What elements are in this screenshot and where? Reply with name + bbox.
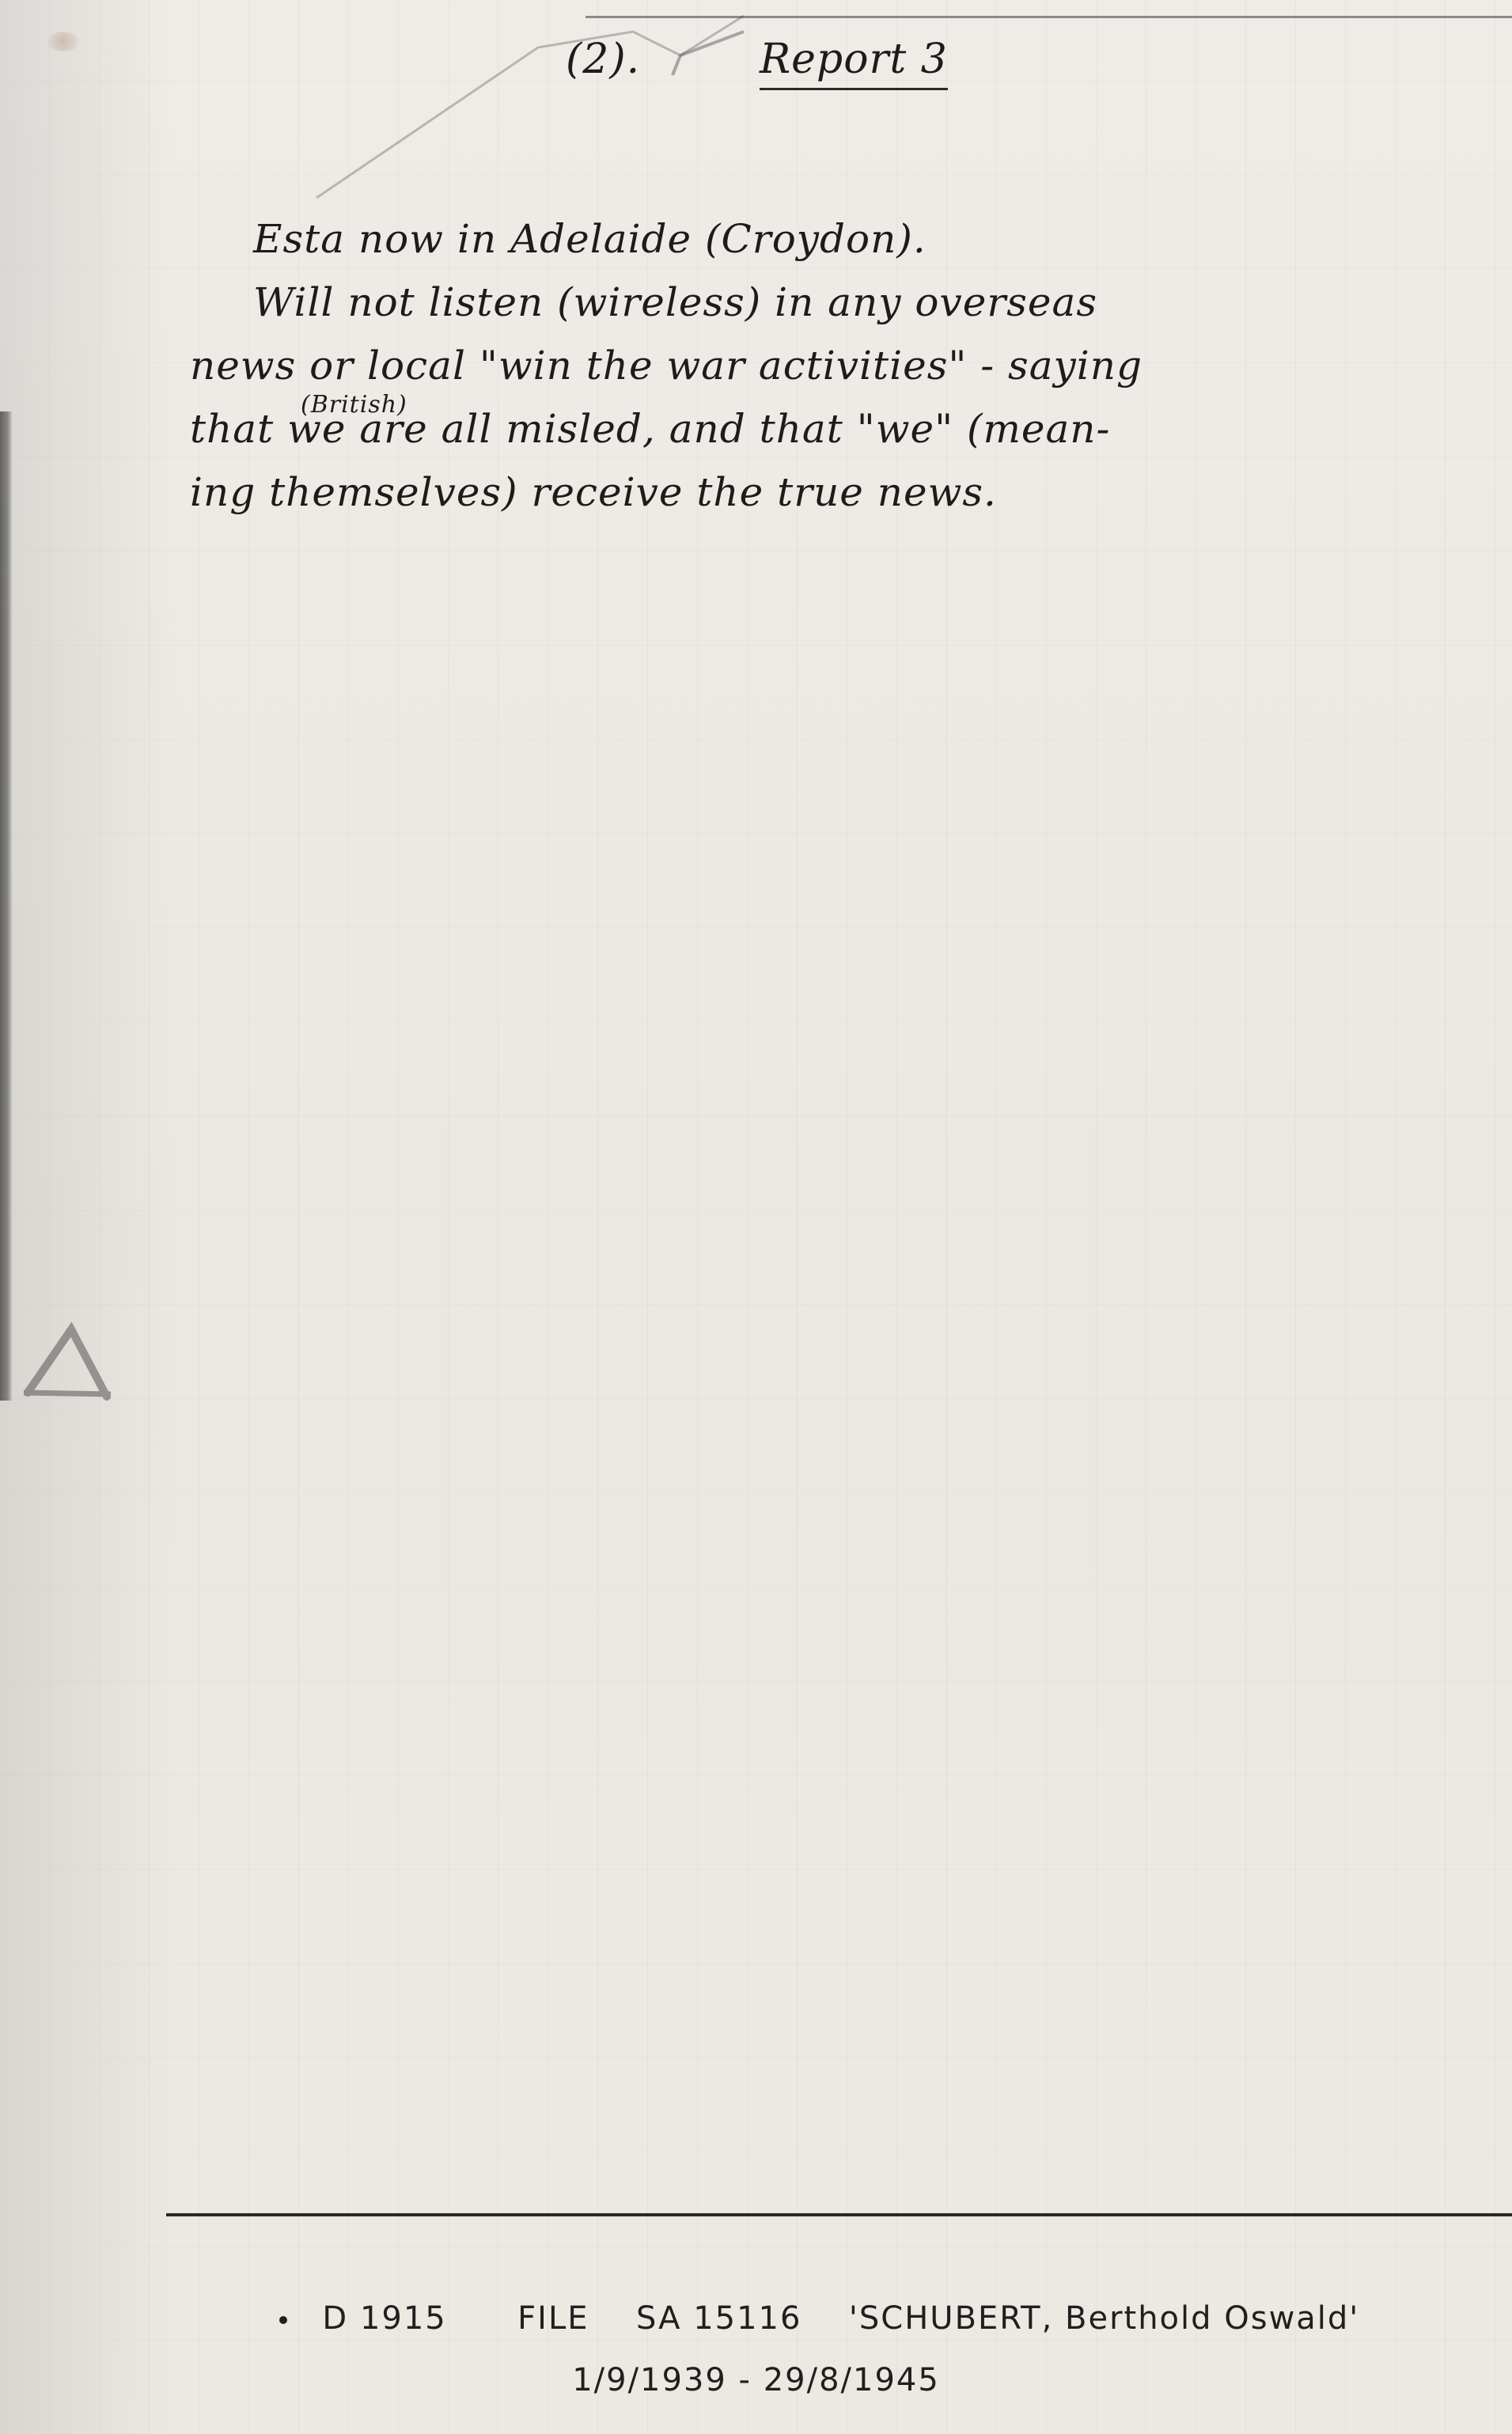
body-line-4-wrapper: (British) that we are all misled, and th… (190, 397, 1487, 461)
report-title: Report 3 (760, 36, 948, 90)
body-line-1: Esta now in Adelaide (Croydon). (190, 207, 1487, 271)
paper-stain (47, 32, 79, 51)
bullet-icon (279, 2316, 287, 2324)
file-ref: SA 15116 (636, 2300, 801, 2337)
page-left-shadow (0, 0, 174, 2434)
inserted-annotation: (British) (301, 373, 407, 437)
footer-reference-line: D 1915 FILE SA 15116 'SCHUBERT, Berthold… (63, 2295, 1512, 2342)
document-page: (2). Report 3 Esta now in Adelaide (Croy… (0, 0, 1512, 2434)
file-subject: 'SCHUBERT, Berthold Oswald' (849, 2300, 1359, 2337)
doc-ref: D 1915 (322, 2300, 446, 2337)
triangle-mark-icon (12, 1306, 131, 1416)
binding-edge (0, 411, 13, 1401)
footer-divider (166, 2213, 1512, 2216)
archive-footer: D 1915 FILE SA 15116 'SCHUBERT, Berthold… (0, 2295, 1512, 2404)
body-line-2: Will not listen (wireless) in any overse… (190, 271, 1487, 334)
file-label: FILE (517, 2300, 589, 2337)
page-number: (2). (566, 36, 640, 83)
body-line-5: ing themselves) receive the true news. (190, 461, 1487, 524)
footer-date-range: 1/9/1939 - 29/8/1945 (0, 2356, 1512, 2404)
report-body: Esta now in Adelaide (Croydon). Will not… (190, 207, 1487, 524)
fold-crease (301, 0, 744, 206)
